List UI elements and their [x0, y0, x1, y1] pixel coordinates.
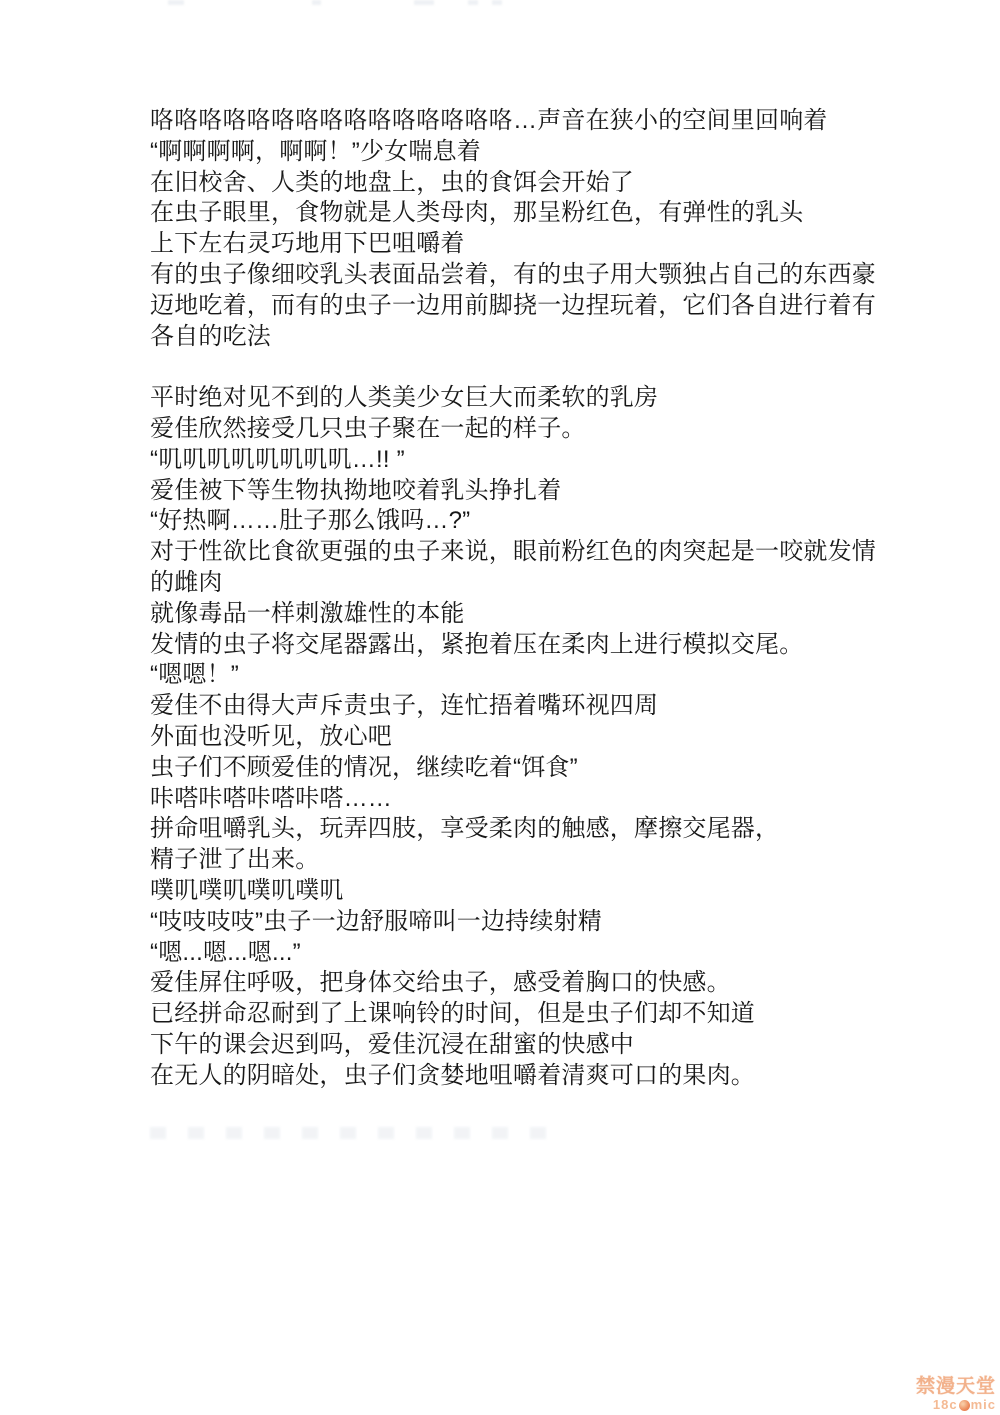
story-line: 爱佳被下等生物执拗地咬着乳头挣扎着: [150, 476, 896, 507]
story-line: 拼命咀嚼乳头，玩弄四肢，享受柔肉的触感，摩擦交尾器，: [150, 814, 896, 845]
story-text-block: 咯咯咯咯咯咯咯咯咯咯咯咯咯咯咯…声音在狭小的空间里回响着 “啊啊啊啊，啊啊！”少…: [150, 106, 896, 1092]
watermark-domain-prefix: 18c: [933, 1397, 958, 1413]
story-line: 下午的课会迟到吗，爱佳沉浸在甜蜜的快感中: [150, 1030, 896, 1061]
story-line: 噗叽噗叽噗叽噗叽: [150, 876, 896, 907]
story-line: 爱佳欣然接受几只虫子聚在一起的样子。: [150, 414, 896, 445]
watermark-site-name: 禁漫天堂: [916, 1377, 996, 1397]
ghost-text-artifact-line: [150, 1127, 548, 1139]
ghost-text-artifact-top: [0, 0, 1000, 8]
story-line: 各自的吃法: [150, 322, 896, 353]
story-line: “嗯嗯！”: [150, 660, 896, 691]
story-line: “嗯...嗯...嗯...”: [150, 938, 896, 969]
story-line: 爱佳不由得大声斥责虫子，连忙捂着嘴环视四周: [150, 691, 896, 722]
story-line: 的雌肉: [150, 568, 896, 599]
story-line: 在虫子眼里，食物就是人类母肉，那呈粉红色，有弹性的乳头: [150, 198, 896, 229]
scan-page: 咯咯咯咯咯咯咯咯咯咯咯咯咯咯咯…声音在狭小的空间里回响着 “啊啊啊啊，啊啊！”少…: [0, 0, 1000, 1415]
story-line: 在无人的阴暗处，虫子们贪婪地咀嚼着清爽可口的果肉。: [150, 1061, 896, 1092]
story-line: “叽叽叽叽叽叽叽叽…!! ”: [150, 445, 896, 476]
story-line: 外面也没听见，放心吧: [150, 722, 896, 753]
story-line-blank: [150, 352, 896, 383]
story-line: 在旧校舍、人类的地盘上，虫的食饵会开始了: [150, 168, 896, 199]
story-line: 咔嗒咔嗒咔嗒咔嗒……: [150, 784, 896, 815]
story-line: 对于性欲比食欲更强的虫子来说，眼前粉红色的肉突起是一咬就发情: [150, 537, 896, 568]
watermark-circle-logo-icon: [959, 1400, 970, 1411]
story-line: 已经拼命忍耐到了上课响铃的时间，但是虫子们却不知道: [150, 999, 896, 1030]
story-line: 有的虫子像细咬乳头表面品尝着，有的虫子用大颚独占自己的东西豪: [150, 260, 896, 291]
story-line: 上下左右灵巧地用下巴咀嚼着: [150, 229, 896, 260]
story-line: “好热啊……肚子那么饿吗…?”: [150, 506, 896, 537]
story-line: 咯咯咯咯咯咯咯咯咯咯咯咯咯咯咯…声音在狭小的空间里回响着: [150, 106, 896, 137]
watermark-domain-suffix: mic: [971, 1397, 996, 1413]
story-line: “吱吱吱吱”虫子一边舒服啼叫一边持续射精: [150, 907, 896, 938]
story-line: 就像毒品一样刺激雄性的本能: [150, 599, 896, 630]
story-line: 迈地吃着，而有的虫子一边用前脚挠一边捏玩着，它们各自进行着有: [150, 291, 896, 322]
story-line: 平时绝对见不到的人类美少女巨大而柔软的乳房: [150, 383, 896, 414]
story-line: 精子泄了出来。: [150, 845, 896, 876]
story-line: “啊啊啊啊，啊啊！”少女喘息着: [150, 137, 896, 168]
story-line: 发情的虫子将交尾器露出，紧抱着压在柔肉上进行模拟交尾。: [150, 630, 896, 661]
story-line: 虫子们不顾爱佳的情况，继续吃着“饵食”: [150, 753, 896, 784]
site-watermark: 禁漫天堂 18c mic: [916, 1377, 996, 1413]
story-line: 爱佳屏住呼吸，把身体交给虫子，感受着胸口的快感。: [150, 968, 896, 999]
watermark-domain: 18c mic: [916, 1397, 996, 1413]
